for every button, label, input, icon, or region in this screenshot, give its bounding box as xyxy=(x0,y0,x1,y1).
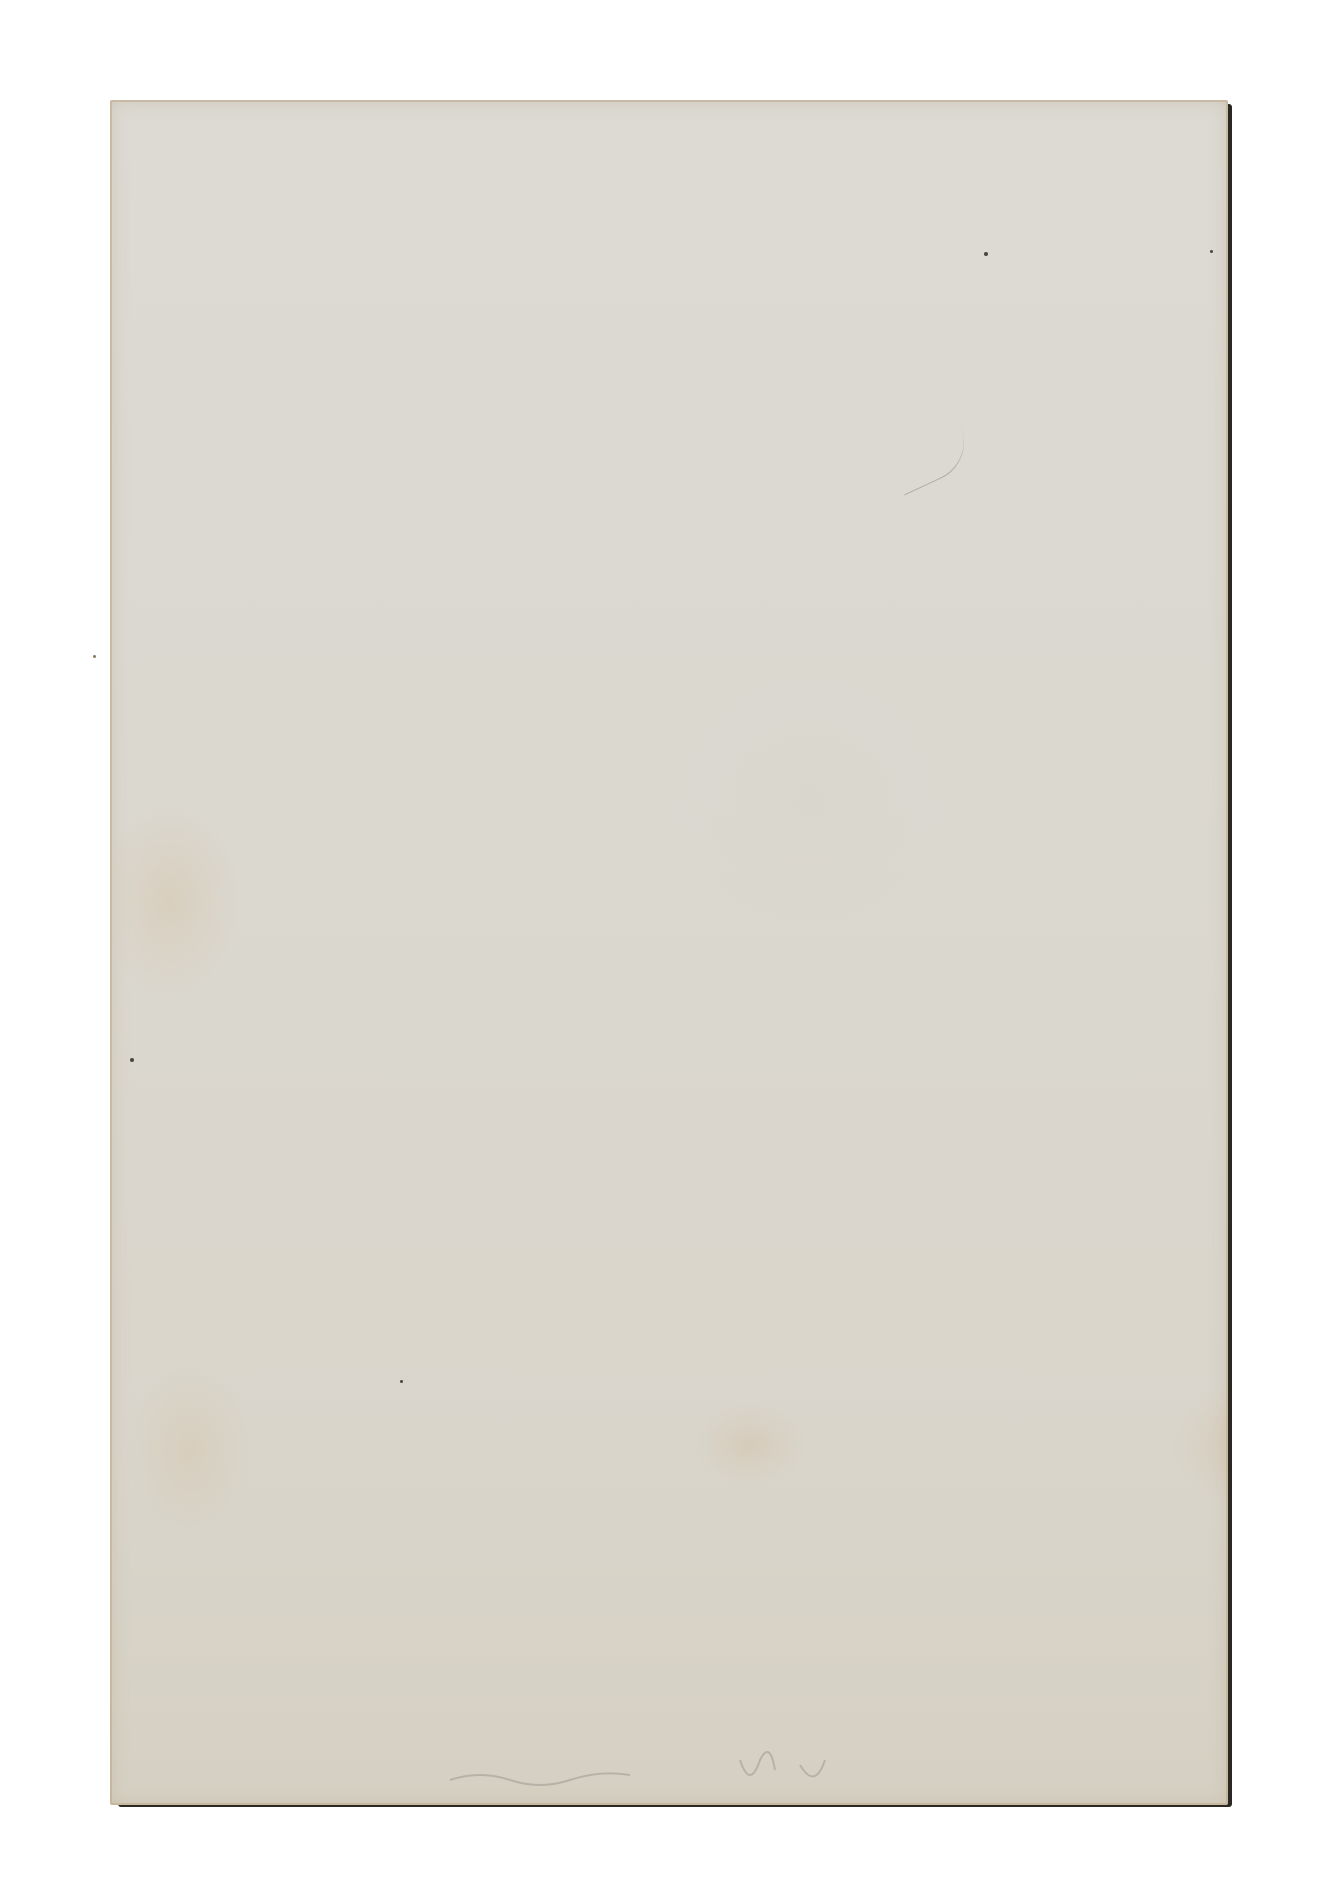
speck xyxy=(400,1380,403,1383)
faint-pencil-mark xyxy=(440,1740,920,1800)
speck xyxy=(93,655,96,658)
speck xyxy=(1210,250,1213,253)
speck xyxy=(984,252,988,256)
blank-card-back xyxy=(110,100,1228,1805)
speck xyxy=(130,1058,134,1062)
pencil-scratch xyxy=(883,415,977,495)
